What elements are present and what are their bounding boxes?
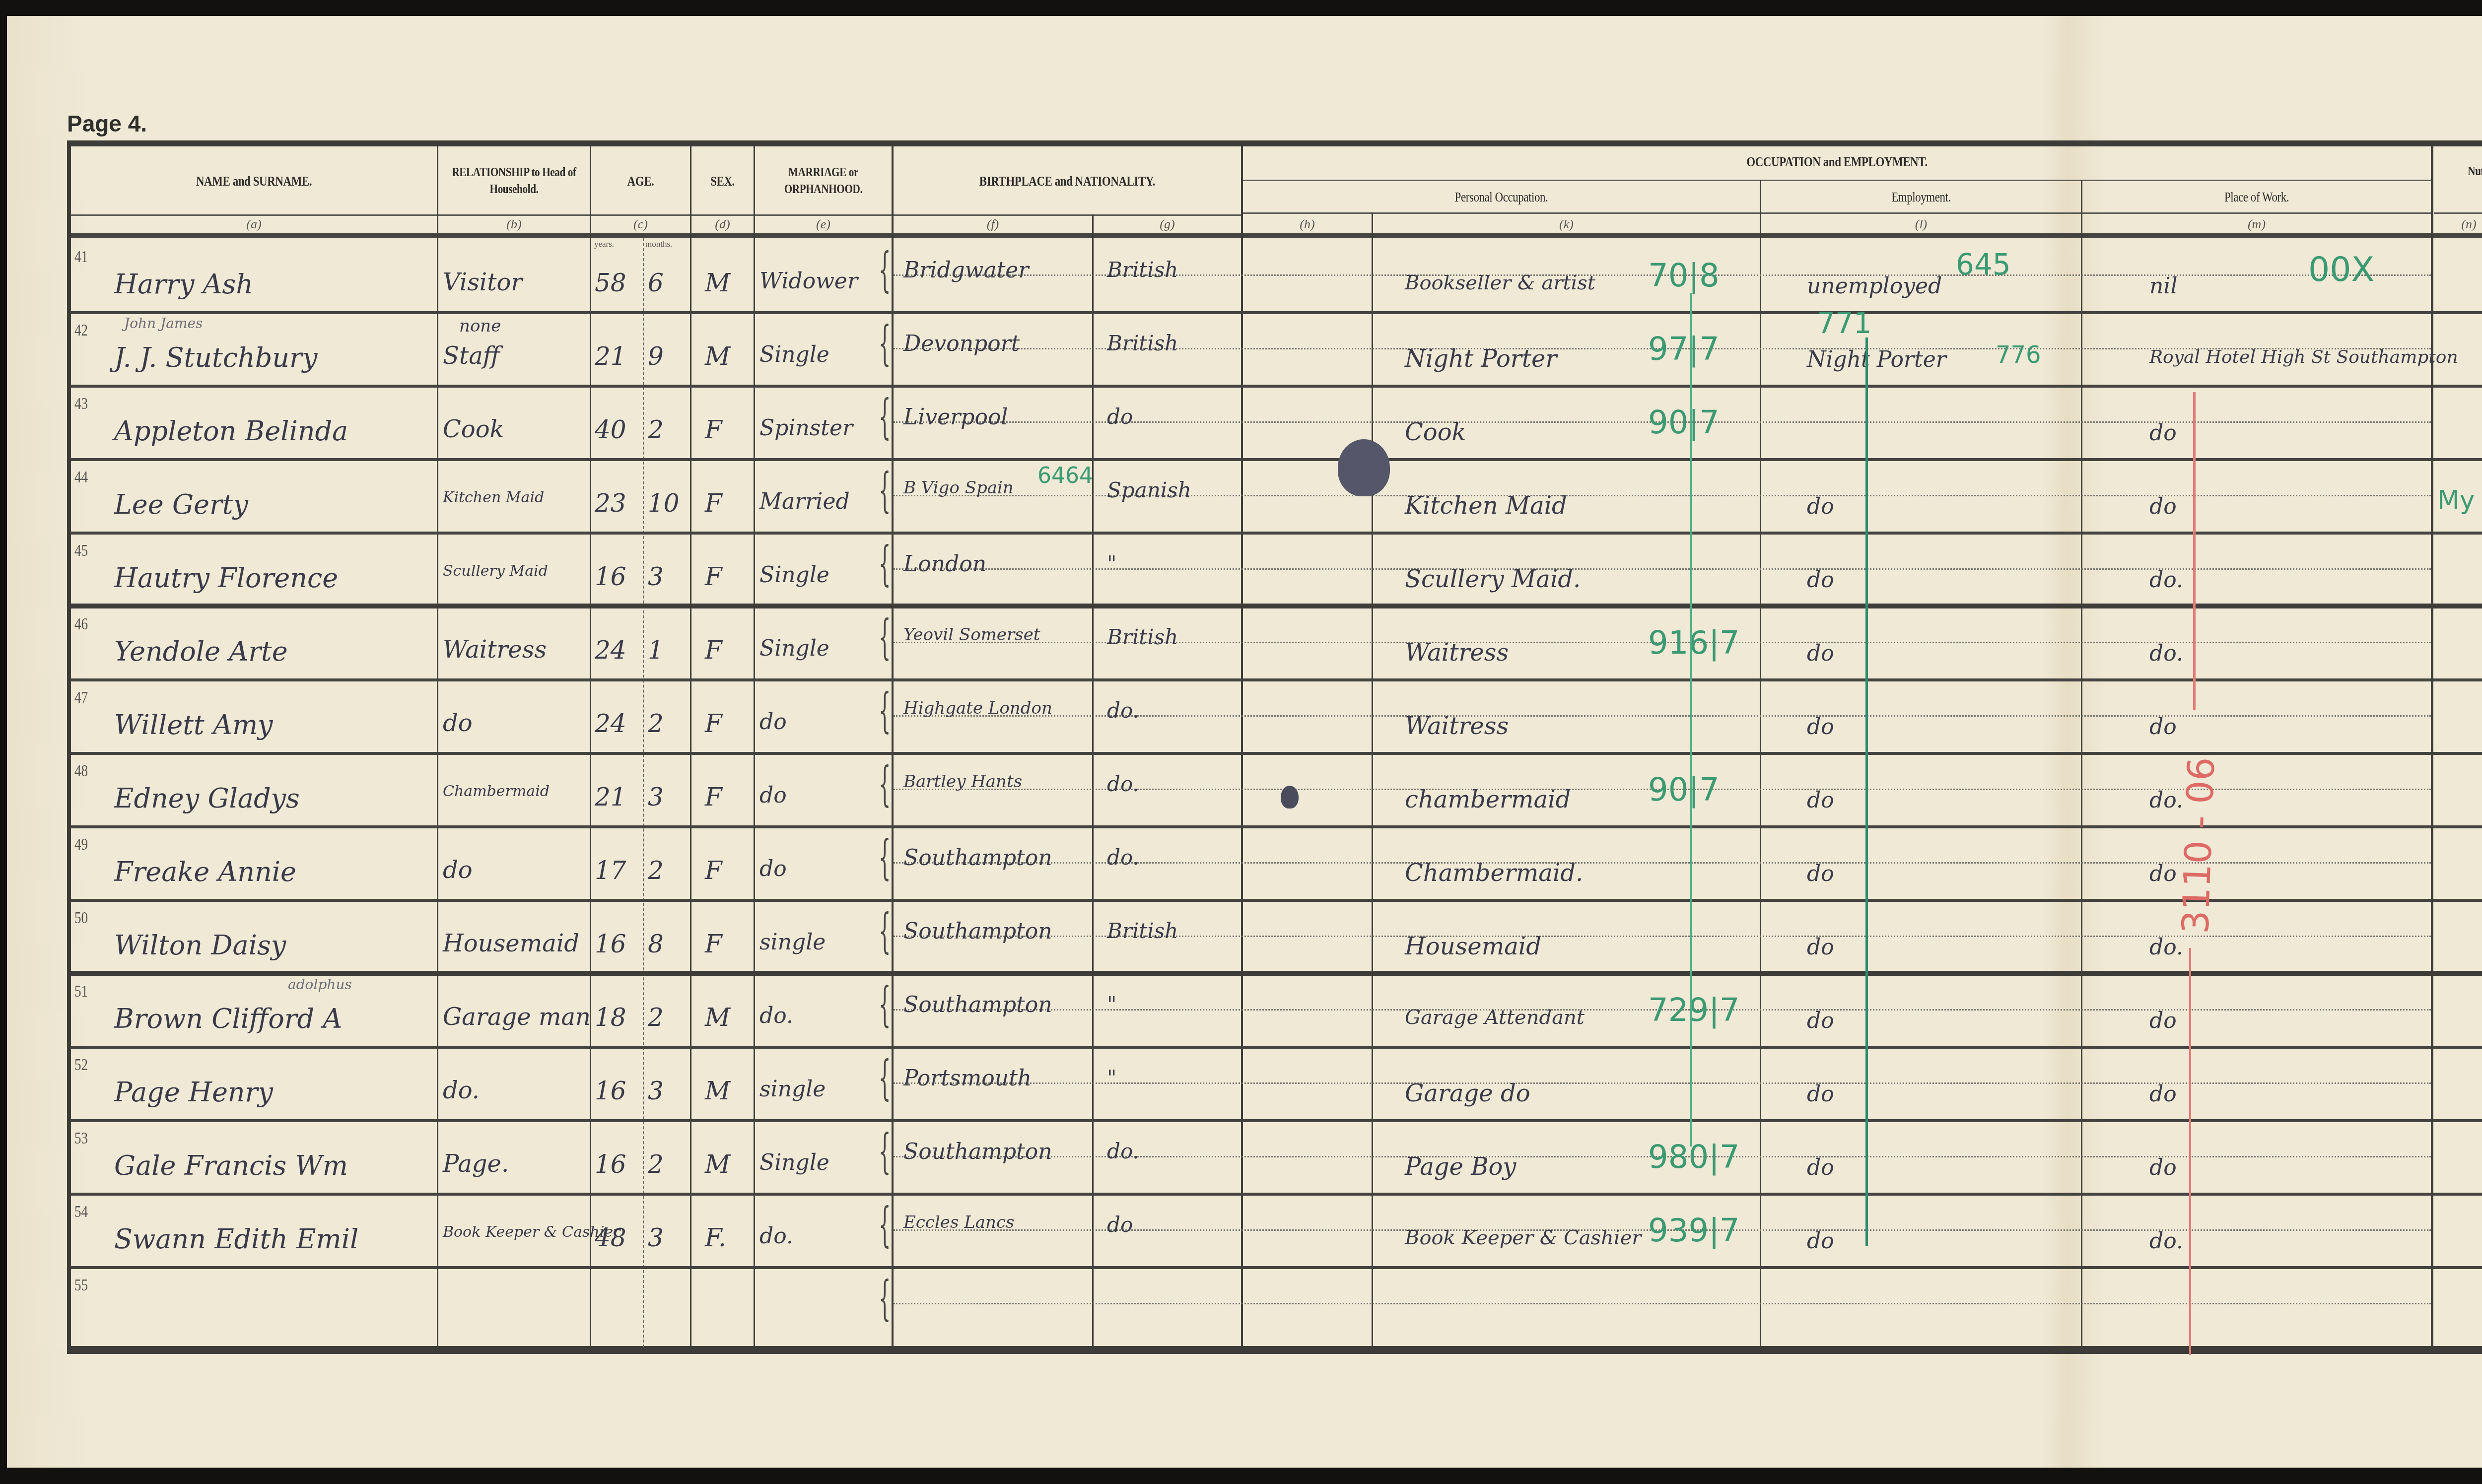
occupation-cell: Chambermaid. bbox=[1405, 859, 1583, 887]
col-letter-b: (b) bbox=[438, 217, 590, 232]
row-number: 50 bbox=[74, 909, 88, 928]
children-header-rule bbox=[2434, 212, 2482, 214]
name-cell: J. J. Stutchbury bbox=[114, 342, 317, 373]
row-number: 55 bbox=[74, 1276, 88, 1295]
header-sex: SEX. bbox=[696, 149, 749, 213]
occupation-code: 90|7 bbox=[1648, 772, 1720, 809]
name-cell: Willett Amy bbox=[114, 709, 273, 741]
occupation-cell: Waitress bbox=[1405, 639, 1509, 667]
table-bottom-border bbox=[67, 1346, 2482, 1354]
employment-cell: do bbox=[1807, 714, 1834, 740]
row-number: 53 bbox=[74, 1129, 88, 1148]
age-years-cell: 23 bbox=[595, 489, 626, 518]
col-letter-m: (m) bbox=[2082, 217, 2431, 232]
relationship-cell: Page. bbox=[443, 1150, 509, 1178]
age-months-cell: 8 bbox=[648, 930, 664, 958]
age-months-cell: 2 bbox=[648, 415, 664, 444]
header-occupation: OCCUPATION and EMPLOYMENT. bbox=[1332, 144, 2342, 180]
employment-cell: Night Porter bbox=[1807, 347, 1946, 372]
occupation-code: 729|7 bbox=[1648, 992, 1739, 1029]
sex-cell: M bbox=[705, 269, 730, 297]
col-line-h bbox=[1241, 146, 1243, 1348]
col-letter-n: (n) bbox=[2433, 217, 2482, 232]
row-number: 47 bbox=[74, 688, 88, 707]
sex-cell: F bbox=[705, 856, 722, 885]
brace-icon: { bbox=[879, 389, 891, 444]
occupation-cell: Garage Attendant bbox=[1405, 1006, 1585, 1029]
name-cell: Freake Annie bbox=[114, 856, 296, 887]
occupation-cell: Book Keeper & Cashier bbox=[1405, 1226, 1641, 1249]
header-birthplace: BIRTHPLACE and NATIONALITY. bbox=[920, 149, 1215, 213]
birthplace-cell: Bridgwater bbox=[903, 258, 1029, 283]
sex-cell: F bbox=[705, 783, 722, 811]
row-number: 54 bbox=[74, 1203, 88, 1221]
name-cell: Wilton Daisy bbox=[114, 930, 286, 961]
age-years-cell: 21 bbox=[595, 342, 626, 371]
col-letter-c: (c) bbox=[591, 217, 690, 232]
nationality-cell: British bbox=[1107, 919, 1178, 943]
marriage-cell: do bbox=[759, 783, 787, 808]
header-rule bbox=[71, 214, 1242, 216]
name-annotation: adolphus bbox=[288, 976, 352, 993]
marriage-cell: do bbox=[759, 709, 787, 735]
brace-icon: { bbox=[879, 609, 891, 665]
marriage-cell: single bbox=[759, 1077, 826, 1102]
row-number: 41 bbox=[74, 248, 88, 267]
birthplace-cell: Portsmouth bbox=[903, 1066, 1032, 1091]
birthplace-cell: B Vigo Spain bbox=[903, 478, 1014, 498]
sex-cell: M bbox=[705, 342, 730, 371]
relationship-annotation: none bbox=[459, 316, 501, 336]
age-months-cell: 9 bbox=[648, 342, 664, 371]
header-name: NAME and SURNAME. bbox=[98, 149, 409, 213]
place-of-work-cell: do. bbox=[2149, 1228, 2183, 1254]
place-of-work-cell: do bbox=[2149, 1155, 2177, 1180]
occupation-cell: chambermaid bbox=[1405, 786, 1571, 813]
col-letter-g: (g) bbox=[1094, 217, 1241, 232]
brace-icon: { bbox=[879, 829, 891, 885]
age-years-cell: 16 bbox=[595, 1150, 626, 1179]
brace-icon: { bbox=[879, 1050, 891, 1105]
employment-cell: do bbox=[1807, 935, 1834, 960]
sex-cell: F bbox=[705, 415, 722, 444]
birthplace-cell: Liverpool bbox=[903, 405, 1008, 430]
nationality-cell: " bbox=[1107, 992, 1116, 1016]
name-cell: Gale Francis Wm bbox=[114, 1150, 348, 1181]
brace-icon: { bbox=[879, 462, 891, 518]
place-of-work-cell: do bbox=[2149, 861, 2177, 886]
occupation-code: 939|7 bbox=[1648, 1213, 1739, 1249]
col-letter-e: (e) bbox=[755, 217, 892, 232]
occupation-code: 70|8 bbox=[1648, 258, 1720, 294]
occupation-cell: Garage do bbox=[1405, 1079, 1530, 1107]
page-label: Page 4. bbox=[67, 110, 147, 137]
relationship-cell: Visitor bbox=[443, 269, 522, 296]
sex-cell: M bbox=[705, 1150, 730, 1179]
employment-cell: do bbox=[1807, 1081, 1834, 1107]
occupation-cell: Waitress bbox=[1405, 712, 1509, 740]
header-personal-occupation: Personal Occupation. bbox=[1282, 181, 1721, 212]
relationship-cell: Kitchen Maid bbox=[443, 489, 544, 506]
relationship-cell: Scullery Maid bbox=[443, 562, 548, 580]
row-number: 44 bbox=[74, 468, 88, 487]
place-of-work-cell: Royal Hotel High St Southampton bbox=[2149, 347, 2458, 367]
employment-code: 645 bbox=[1956, 248, 2011, 281]
brace-icon: { bbox=[879, 976, 891, 1032]
employment-cell: do bbox=[1807, 567, 1834, 593]
col-letter-k: (k) bbox=[1373, 217, 1760, 232]
row-number: 51 bbox=[74, 982, 88, 1001]
marriage-cell: Single bbox=[759, 342, 829, 367]
occupation-cell: Night Porter bbox=[1405, 345, 1557, 373]
age-months-cell: 3 bbox=[648, 783, 664, 811]
age-months-cell: 3 bbox=[648, 562, 664, 591]
brace-icon: { bbox=[879, 315, 891, 371]
brace-icon: { bbox=[879, 1270, 891, 1326]
marriage-cell: do bbox=[759, 856, 787, 881]
col-line-k bbox=[1372, 212, 1373, 1348]
occupation-cell: Bookseller & artist bbox=[1405, 271, 1595, 294]
relationship-cell: Waitress bbox=[443, 636, 547, 664]
col-line-n bbox=[2431, 146, 2433, 1348]
birthplace-cell: Southampton bbox=[903, 919, 1052, 944]
name-cell: Swann Edith Emil bbox=[114, 1223, 358, 1255]
row-number: 46 bbox=[74, 615, 88, 634]
age-months-cell: 2 bbox=[648, 1003, 664, 1032]
age-years-cell: 58 bbox=[595, 269, 626, 297]
age-years-cell: 18 bbox=[595, 1003, 626, 1032]
col-letter-l: (l) bbox=[1761, 217, 2081, 232]
children-n-mark: My bbox=[2437, 485, 2475, 515]
place-of-work-cell: do bbox=[2149, 1008, 2177, 1033]
employment-code: 771 bbox=[1817, 306, 1872, 340]
row-number: 48 bbox=[74, 762, 88, 781]
age-years-cell: 16 bbox=[595, 930, 626, 958]
birthplace-cell: Yeovil Somerset bbox=[903, 625, 1040, 645]
red-pencil-line-upper bbox=[2193, 392, 2196, 710]
place-of-work-cell: do. bbox=[2149, 641, 2183, 666]
age-months-cell: 2 bbox=[648, 709, 664, 738]
marriage-cell: Single bbox=[759, 1150, 829, 1175]
ink-dot bbox=[1281, 786, 1299, 809]
col-letter-a: (a) bbox=[71, 217, 437, 232]
nationality-cell: " bbox=[1107, 1066, 1116, 1090]
occupation-cell: Housemaid bbox=[1405, 933, 1541, 960]
sex-cell: F bbox=[705, 562, 722, 591]
relationship-cell: do bbox=[443, 709, 473, 737]
employment-cell: unemployed bbox=[1807, 273, 1942, 299]
row-number: 49 bbox=[74, 835, 88, 854]
employment-cell: do bbox=[1807, 861, 1834, 886]
employment-cell: do bbox=[1807, 788, 1834, 813]
employment-cell: do bbox=[1807, 1155, 1834, 1180]
birthplace-cell: London bbox=[903, 551, 986, 577]
birthplace-cell: Southampton bbox=[903, 845, 1052, 871]
age-months-cell: 2 bbox=[648, 856, 664, 885]
relationship-cell: do. bbox=[443, 1077, 480, 1104]
relationship-cell: do bbox=[443, 856, 473, 884]
brace-icon: { bbox=[879, 903, 891, 958]
nationality-cell: British bbox=[1107, 625, 1178, 649]
col-letter-d: (d) bbox=[691, 217, 754, 232]
red-pencil-line-lower bbox=[2189, 948, 2191, 1355]
nationality-cell: do. bbox=[1107, 845, 1139, 870]
name-cell: Edney Gladys bbox=[114, 783, 300, 814]
place-of-work-cell: do bbox=[2149, 714, 2177, 740]
age-years-cell: 24 bbox=[595, 709, 626, 738]
age-months-cell: 10 bbox=[648, 489, 680, 518]
relationship-cell: Cook bbox=[443, 415, 504, 443]
age-months-cell: 1 bbox=[648, 636, 664, 665]
place-of-work-cell: do bbox=[2149, 420, 2177, 446]
age-years-cell: 16 bbox=[595, 1077, 626, 1105]
sex-cell: F. bbox=[705, 1223, 726, 1252]
relationship-cell: Staff bbox=[443, 342, 500, 370]
marriage-cell: Married bbox=[759, 489, 850, 514]
ink-blot bbox=[1338, 439, 1390, 496]
col-line-e bbox=[754, 146, 755, 1348]
employment-cell: do bbox=[1807, 494, 1834, 519]
brace-icon: { bbox=[879, 682, 891, 738]
age-years-cell: 24 bbox=[595, 636, 626, 665]
marriage-cell: Spinster bbox=[759, 415, 853, 441]
sex-cell: M bbox=[705, 1077, 730, 1105]
name-annotation: John James bbox=[124, 315, 203, 332]
col-line-b bbox=[437, 146, 438, 1348]
occupation-code: 97|7 bbox=[1648, 331, 1720, 368]
name-cell: Page Henry bbox=[114, 1077, 273, 1108]
relationship-cell: Garage man bbox=[443, 1003, 591, 1031]
nationality-cell: do. bbox=[1107, 1139, 1139, 1163]
brace-icon: { bbox=[879, 1197, 891, 1252]
column-letter-rule bbox=[71, 233, 2482, 238]
name-cell: Hautry Florence bbox=[114, 562, 338, 594]
name-cell: Appleton Belinda bbox=[114, 415, 348, 447]
marriage-cell: Widower bbox=[759, 269, 858, 294]
age-months-label: months. bbox=[645, 239, 672, 249]
nationality-cell: do. bbox=[1107, 698, 1139, 723]
employment-cell: do bbox=[1807, 641, 1834, 666]
nationality-cell: do bbox=[1107, 405, 1133, 429]
row-number: 45 bbox=[74, 541, 88, 560]
brace-icon: { bbox=[879, 242, 891, 297]
row-number: 42 bbox=[74, 321, 88, 340]
header-employment: Employment. bbox=[1785, 181, 2057, 212]
place-code: 00X bbox=[2308, 250, 2374, 289]
nationality-cell: do bbox=[1107, 1213, 1133, 1237]
header-age: AGE. bbox=[599, 149, 683, 213]
occupation-code: 980|7 bbox=[1648, 1139, 1739, 1176]
occupation-code: 90|7 bbox=[1648, 405, 1720, 441]
col-letter-f: (f) bbox=[894, 217, 1092, 232]
occupation-cell: Scullery Maid. bbox=[1405, 565, 1581, 593]
relationship-cell: Book Keeper & Cashier bbox=[443, 1223, 620, 1241]
row-number: 43 bbox=[74, 395, 88, 413]
header-place-of-work: Place of Work. bbox=[2109, 181, 2405, 212]
brace-icon: { bbox=[879, 536, 891, 591]
col-line-f bbox=[892, 146, 894, 1348]
place-of-work-cell: do bbox=[2149, 1081, 2177, 1107]
age-years-cell: 48 bbox=[595, 1223, 626, 1252]
employment-code-2: 776 bbox=[1996, 341, 2041, 369]
col-letter-h: (h) bbox=[1243, 217, 1372, 232]
brace-icon: { bbox=[879, 756, 891, 811]
place-of-work-cell: do bbox=[2149, 494, 2177, 519]
table-left-border bbox=[67, 140, 71, 1354]
nationality-cell: " bbox=[1107, 551, 1116, 576]
place-of-work-cell: do. bbox=[2149, 935, 2183, 960]
sex-cell: F bbox=[705, 930, 722, 958]
nationality-cell: do. bbox=[1107, 772, 1139, 796]
col-line-c bbox=[590, 146, 591, 1348]
relationship-cell: Chambermaid bbox=[443, 783, 550, 800]
occupation-code: 916|7 bbox=[1648, 625, 1739, 662]
age-years-cell: 40 bbox=[595, 415, 626, 444]
name-cell: Harry Ash bbox=[114, 269, 253, 300]
relationship-cell: Housemaid bbox=[443, 930, 579, 957]
marriage-cell: Single bbox=[759, 636, 829, 661]
birthplace-cell: Southampton bbox=[903, 992, 1052, 1017]
green-pencil-line bbox=[1690, 293, 1692, 1147]
occupation-col-rule bbox=[1242, 212, 2431, 214]
col-line-age-split bbox=[643, 238, 644, 1348]
col-line-l bbox=[1760, 180, 1761, 1348]
header-children: Number and ages of all living children a… bbox=[2459, 146, 2482, 212]
teal-pencil-line bbox=[1865, 337, 1868, 1246]
marriage-cell: do. bbox=[759, 1003, 793, 1028]
red-pencil-annotation: 3110 - 06 bbox=[2174, 756, 2223, 935]
nationality-cell: Spanish bbox=[1107, 478, 1191, 502]
birthplace-cell: Bartley Hants bbox=[903, 772, 1022, 792]
row-number: 52 bbox=[74, 1056, 88, 1075]
employment-cell: do bbox=[1807, 1008, 1834, 1033]
age-months-cell: 6 bbox=[648, 269, 664, 297]
name-cell: Brown Clifford A bbox=[114, 1003, 342, 1034]
sex-cell: F bbox=[705, 636, 722, 665]
brace-icon: { bbox=[879, 1123, 891, 1179]
birthplace-cell: Eccles Lancs bbox=[903, 1213, 1014, 1232]
occupation-cell: Page Boy bbox=[1405, 1153, 1516, 1181]
col-line-m bbox=[2081, 180, 2082, 1348]
age-months-cell: 2 bbox=[648, 1150, 664, 1179]
occupation-cell: Cook bbox=[1405, 418, 1466, 446]
col-line-d bbox=[690, 146, 691, 1348]
employment-cell: do bbox=[1807, 1228, 1834, 1254]
nationality-cell: British bbox=[1107, 331, 1178, 355]
place-of-work-cell: do. bbox=[2149, 567, 2183, 593]
age-years-cell: 17 bbox=[595, 856, 626, 885]
birthplace-code: 6464 bbox=[1037, 463, 1093, 488]
nationality-cell: British bbox=[1107, 258, 1178, 282]
header-relationship: RELATIONSHIP to Head of Household. bbox=[450, 149, 578, 213]
age-years-label: years. bbox=[594, 239, 614, 249]
age-months-cell: 3 bbox=[648, 1223, 664, 1252]
name-cell: Yendole Arte bbox=[114, 636, 288, 667]
marriage-cell: single bbox=[759, 930, 826, 955]
sex-cell: F bbox=[705, 489, 722, 518]
sex-cell: M bbox=[705, 1003, 730, 1032]
birthplace-cell: Southampton bbox=[903, 1139, 1052, 1164]
marriage-cell: do. bbox=[759, 1223, 793, 1249]
marriage-cell: Single bbox=[759, 562, 829, 588]
sex-cell: F bbox=[705, 709, 722, 738]
occupation-cell: Kitchen Maid bbox=[1405, 492, 1567, 520]
age-months-cell: 3 bbox=[648, 1077, 664, 1105]
birthplace-cell: Highgate London bbox=[903, 698, 1052, 718]
age-years-cell: 16 bbox=[595, 562, 626, 591]
age-years-cell: 21 bbox=[595, 783, 626, 811]
place-of-work-cell: nil bbox=[2149, 273, 2177, 299]
name-cell: Lee Gerty bbox=[114, 489, 248, 520]
header-marriage: MARRIAGE or ORPHANHOOD. bbox=[765, 149, 882, 213]
birthplace-cell: Devonport bbox=[903, 331, 1020, 356]
